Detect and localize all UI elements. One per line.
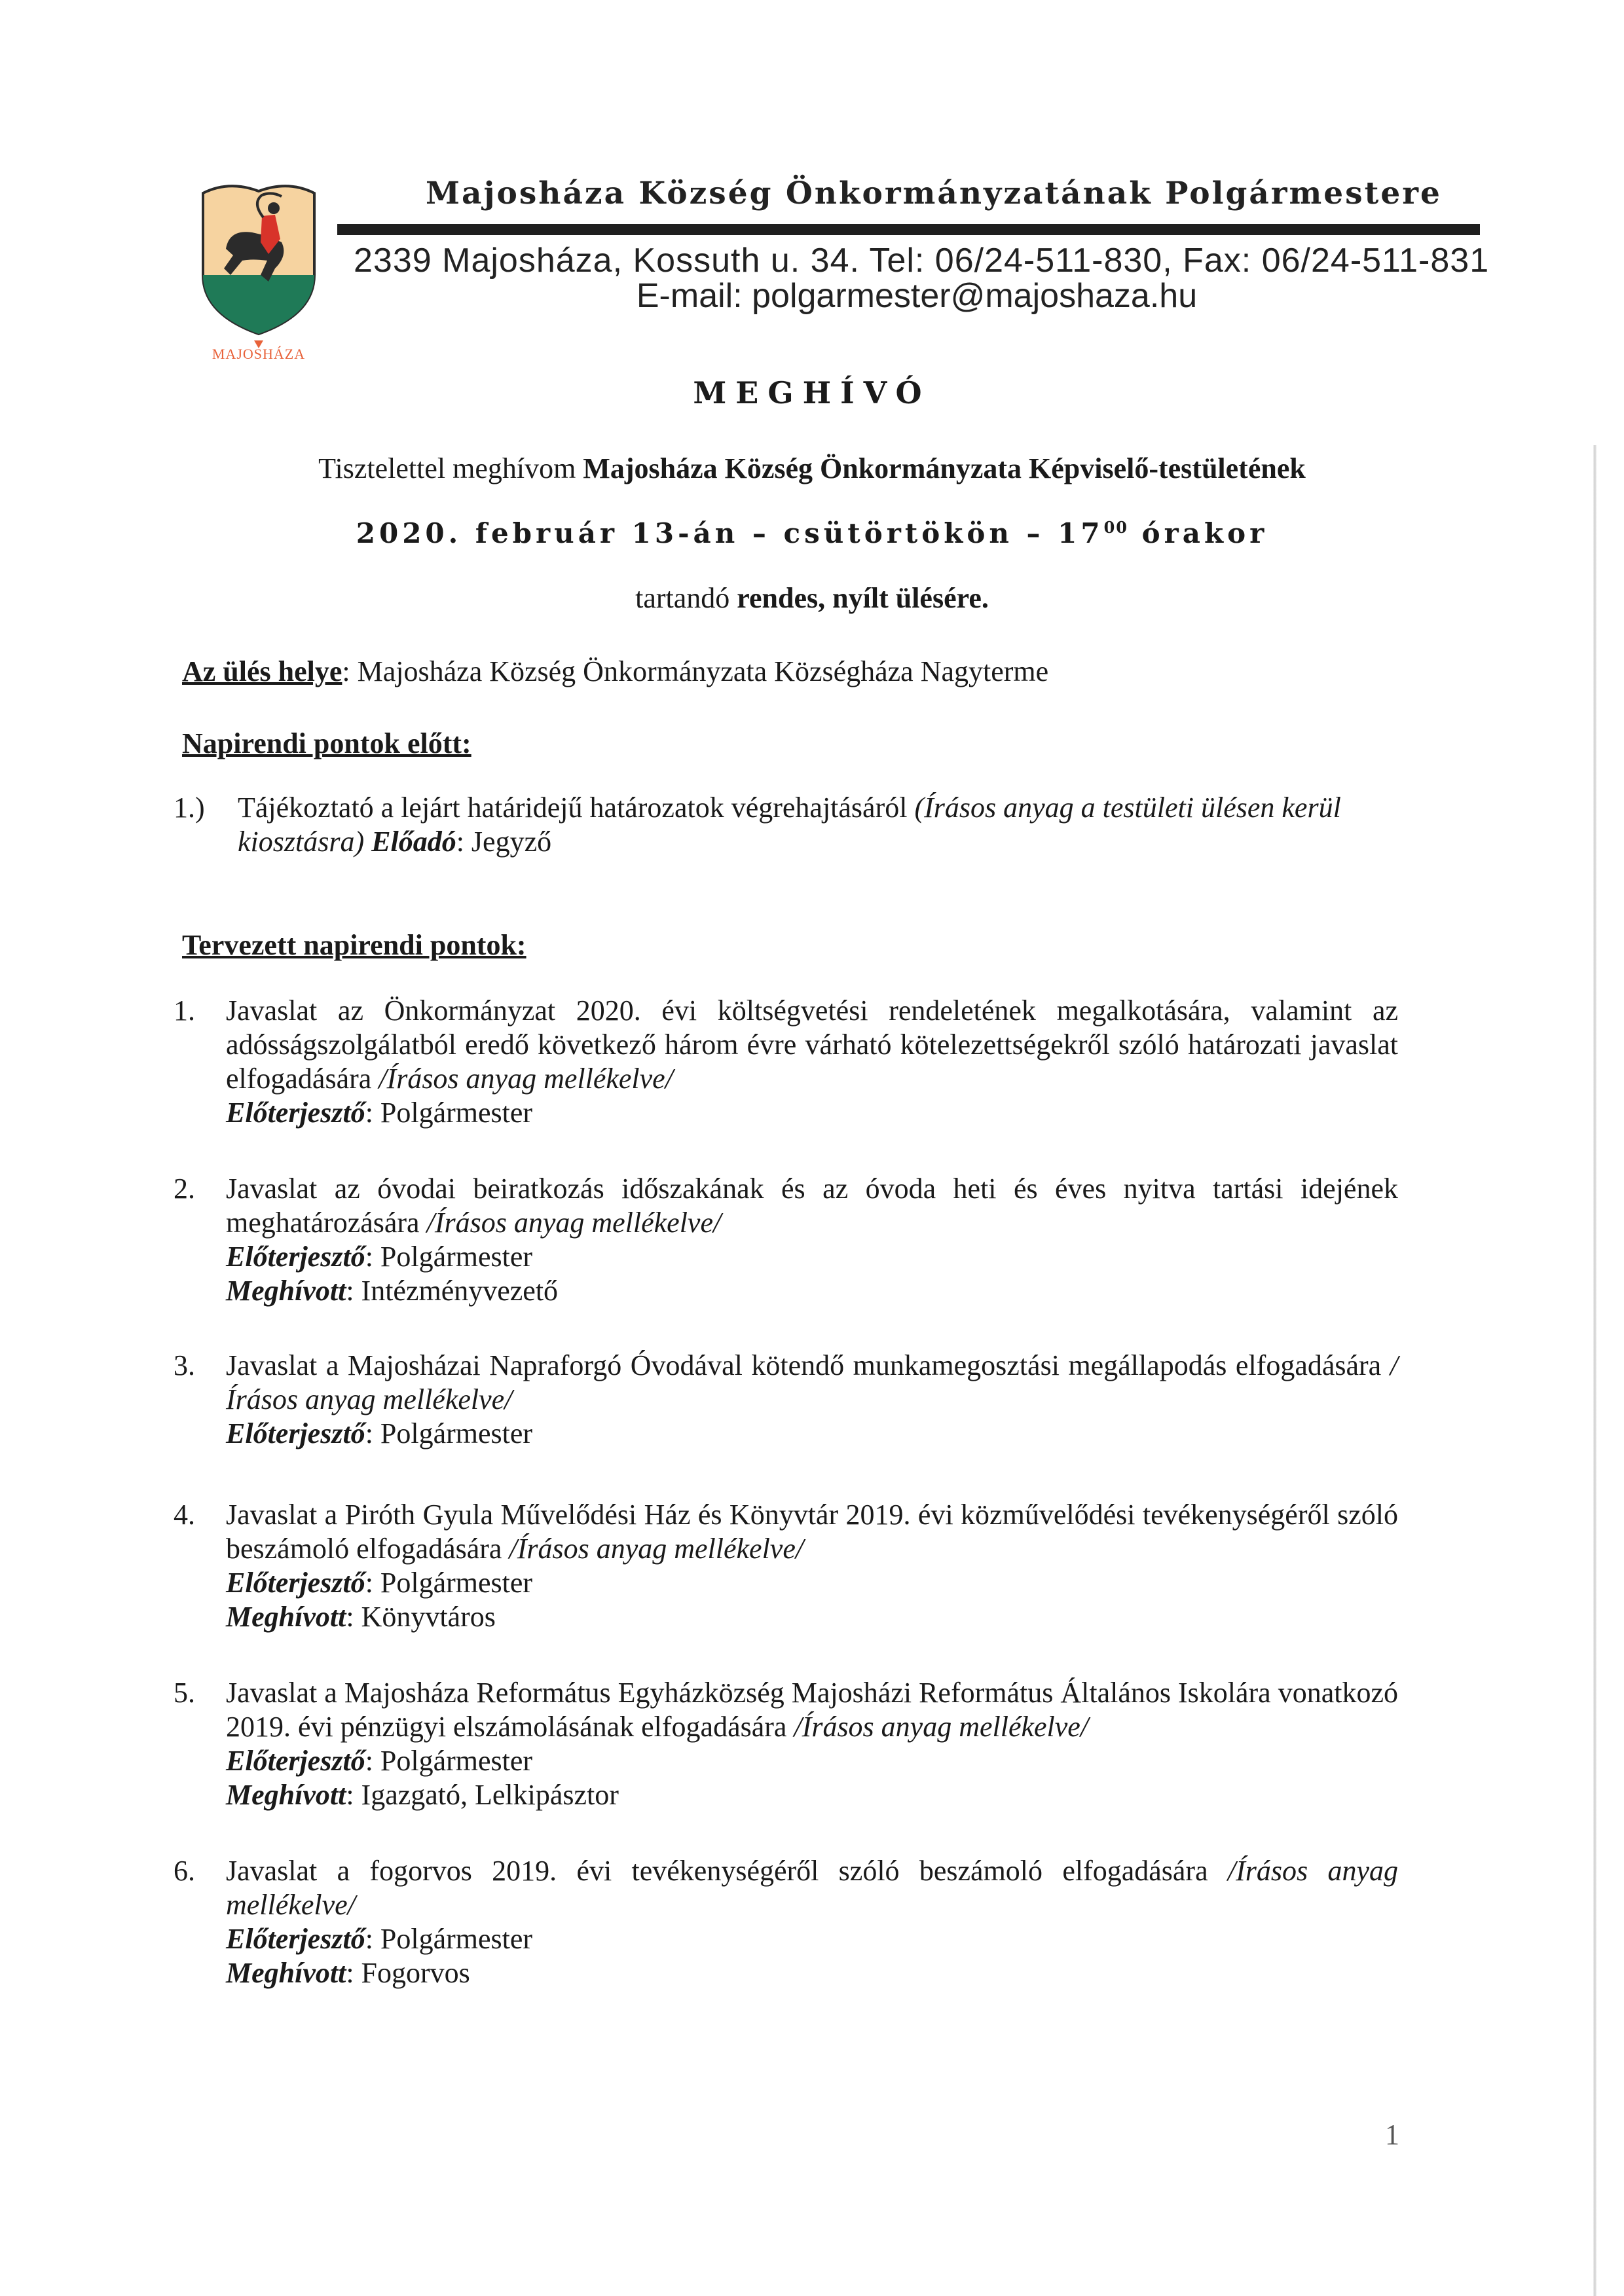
agenda-item-note: /Írásos anyag mellékelve/ bbox=[794, 1711, 1088, 1743]
agenda-item-role: Előterjesztő: Polgármester bbox=[226, 1744, 1398, 1778]
agenda-item-role: Előterjesztő: Polgármester bbox=[226, 1566, 1398, 1600]
document-page: MAJOSHÁZA Majosháza Község Önkormányzatá… bbox=[0, 0, 1624, 2296]
agenda-item-text: Javaslat az óvodai beiratkozás időszakán… bbox=[226, 1173, 1398, 1239]
pre-agenda-item: 1.) Tájékoztató a lejárt határidejű hatá… bbox=[174, 791, 1401, 859]
agenda-item-role: Előterjesztő: Polgármester bbox=[226, 1240, 1398, 1274]
agenda-item-note: /Írásos anyag mellékelve/ bbox=[509, 1533, 803, 1565]
agenda-item-number: 5. bbox=[174, 1676, 195, 1710]
agenda-item-note: /Írásos anyag mellékelve/ bbox=[427, 1207, 722, 1239]
role-line: Előadó: Jegyző bbox=[371, 826, 551, 858]
agenda-item: 1.Javaslat az Önkormányzat 2020. évi köl… bbox=[174, 994, 1398, 1130]
agenda-item: 3.Javaslat a Majosházai Napraforgó Óvodá… bbox=[174, 1349, 1398, 1451]
coat-of-arms-horseman-icon: MAJOSHÁZA bbox=[190, 177, 327, 360]
agenda-item-role: Előterjesztő: Polgármester bbox=[226, 1922, 1398, 1956]
agenda-item-role: Meghívott: Intézményvezető bbox=[226, 1274, 1398, 1308]
letterhead-email: E-mail: polgarmester@majoshaza.hu bbox=[354, 276, 1480, 316]
agenda-item: 6.Javaslat a fogorvos 2019. évi tevékeny… bbox=[174, 1854, 1398, 1990]
meeting-type: tartandó rendes, nyílt ülésére. bbox=[0, 581, 1624, 615]
invitation-intro: Tisztelettel meghívom Majosháza Község Ö… bbox=[0, 452, 1624, 485]
agenda-item-role: Előterjesztő: Polgármester bbox=[226, 1417, 1398, 1451]
agenda-heading: Tervezett napirendi pontok: bbox=[182, 928, 526, 962]
agenda-item-text: Javaslat a Piróth Gyula Művelődési Ház é… bbox=[226, 1499, 1398, 1565]
invitation-title: MEGHÍVÓ bbox=[0, 375, 1624, 410]
agenda-item: 2.Javaslat az óvodai beiratkozás időszak… bbox=[174, 1172, 1398, 1308]
agenda-item-role: Meghívott: Igazgató, Lelkipásztor bbox=[226, 1778, 1398, 1812]
meeting-venue: Az ülés helye: Majosháza Község Önkormán… bbox=[182, 655, 1048, 688]
agenda-item: 5.Javaslat a Majosháza Református Egyház… bbox=[174, 1676, 1398, 1812]
svg-text:MAJOSHÁZA: MAJOSHÁZA bbox=[212, 346, 305, 360]
page-number: 1 bbox=[1385, 2118, 1399, 2151]
agenda-item-number: 6. bbox=[174, 1854, 195, 1888]
letterhead-address: 2339 Majosháza, Kossuth u. 34. Tel: 06/2… bbox=[354, 241, 1480, 280]
agenda-item-number: 4. bbox=[174, 1498, 195, 1532]
pre-agenda-heading: Napirendi pontok előtt: bbox=[182, 727, 471, 760]
agenda-item-role: Előterjesztő: Polgármester bbox=[226, 1096, 1398, 1130]
agenda-item-role: Meghívott: Könyvtáros bbox=[226, 1600, 1398, 1634]
agenda-item-text: Javaslat a fogorvos 2019. évi tevékenysé… bbox=[226, 1855, 1228, 1887]
agenda-item-note: /Írásos anyag mellékelve/ bbox=[378, 1063, 673, 1095]
agenda-item-number: 2. bbox=[174, 1172, 195, 1206]
agenda-item-role: Meghívott: Fogorvos bbox=[226, 1956, 1398, 1990]
scan-edge-line bbox=[1593, 445, 1596, 2296]
letterhead-rule bbox=[337, 224, 1480, 235]
letterhead-title: Majosháza Község Önkormányzatának Polgár… bbox=[426, 175, 1473, 211]
agenda-item-number: 1. bbox=[174, 994, 195, 1028]
meeting-datetime: 2020. február 13-án – csütörtökön – 1700… bbox=[0, 517, 1624, 549]
agenda-item-text: Javaslat a Majosházai Napraforgó Óvodáva… bbox=[226, 1349, 1390, 1381]
agenda-item: 4.Javaslat a Piróth Gyula Művelődési Ház… bbox=[174, 1498, 1398, 1634]
agenda-item-number: 3. bbox=[174, 1349, 195, 1383]
